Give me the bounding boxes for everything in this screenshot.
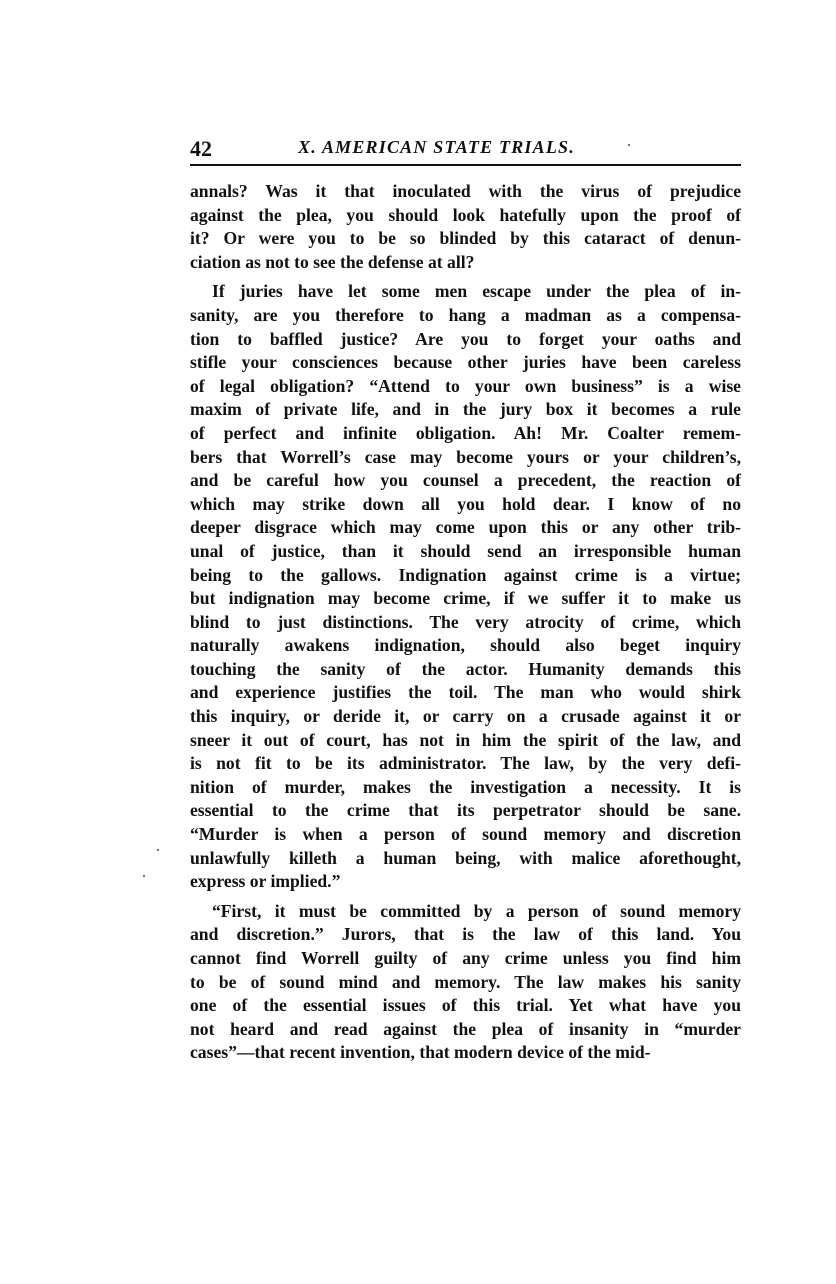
text-line: sanity, are you therefore to hang a madm…: [190, 304, 741, 328]
text-line: cannot find Worrell guilty of any crime …: [190, 947, 741, 971]
text-line: nition of murder, makes the investigatio…: [190, 776, 741, 800]
text-line: and discretion.” Jurors, that is the law…: [190, 923, 741, 947]
text-line: which may strike down all you hold dear.…: [190, 493, 741, 517]
text-line: unal of justice, than it should send an …: [190, 540, 741, 564]
scan-speck: [143, 875, 145, 877]
text-line: is not fit to be its administrator. The …: [190, 752, 741, 776]
text-line: it? Or were you to be so blinded by this…: [190, 227, 741, 251]
scan-speck: [157, 849, 159, 851]
paragraph: annals? Was it that inoculated with the …: [190, 180, 741, 274]
text-line: one of the essential issues of this tria…: [190, 994, 741, 1018]
text-line: tion to baffled justice? Are you to forg…: [190, 328, 741, 352]
running-title: X. AMERICAN STATE TRIALS.: [298, 137, 575, 158]
text-line: bers that Worrell’s case may become your…: [190, 446, 741, 470]
text-line: express or implied.”: [190, 870, 741, 894]
text-line: annals? Was it that inoculated with the …: [190, 180, 741, 204]
text-line: ciation as not to see the defense at all…: [190, 251, 741, 275]
scan-speck: [628, 144, 630, 146]
text-line: naturally awakens indignation, should al…: [190, 634, 741, 658]
text-line: of legal obligation? “Attend to your own…: [190, 375, 741, 399]
running-head: 42 X. AMERICAN STATE TRIALS.: [190, 136, 741, 166]
text-line: deeper disgrace which may come upon this…: [190, 516, 741, 540]
text-line: blind to just distinctions. The very atr…: [190, 611, 741, 635]
paragraph: “First, it must be committed by a person…: [190, 900, 741, 1065]
text-line: to be of sound mind and memory. The law …: [190, 971, 741, 995]
text-line: being to the gallows. Indignation agains…: [190, 564, 741, 588]
text-line: If juries have let some men escape under…: [190, 280, 741, 304]
text-line: maxim of private life, and in the jury b…: [190, 398, 741, 422]
paragraph: If juries have let some men escape under…: [190, 280, 741, 893]
text-line: not heard and read against the plea of i…: [190, 1018, 741, 1042]
book-page: 42 X. AMERICAN STATE TRIALS. annals? Was…: [190, 136, 741, 1065]
text-line: essential to the crime that its perpetra…: [190, 799, 741, 823]
page-number: 42: [190, 136, 212, 162]
text-line: of perfect and infinite obligation. Ah! …: [190, 422, 741, 446]
text-line: “Murder is when a person of sound memory…: [190, 823, 741, 847]
body-text: annals? Was it that inoculated with the …: [190, 180, 741, 1065]
text-line: and experience justifies the toil. The m…: [190, 681, 741, 705]
text-line: stifle your consciences because other ju…: [190, 351, 741, 375]
scan-speck: [719, 908, 721, 910]
text-line: this inquiry, or deride it, or carry on …: [190, 705, 741, 729]
text-line: “First, it must be committed by a person…: [190, 900, 741, 924]
text-line: cases”—that recent invention, that moder…: [190, 1041, 741, 1065]
text-line: sneer it out of court, has not in him th…: [190, 729, 741, 753]
text-line: against the plea, you should look hatefu…: [190, 204, 741, 228]
text-line: and be careful how you counsel a precede…: [190, 469, 741, 493]
text-line: touching the sanity of the actor. Humani…: [190, 658, 741, 682]
text-line: but indignation may become crime, if we …: [190, 587, 741, 611]
text-line: unlawfully killeth a human being, with m…: [190, 847, 741, 871]
